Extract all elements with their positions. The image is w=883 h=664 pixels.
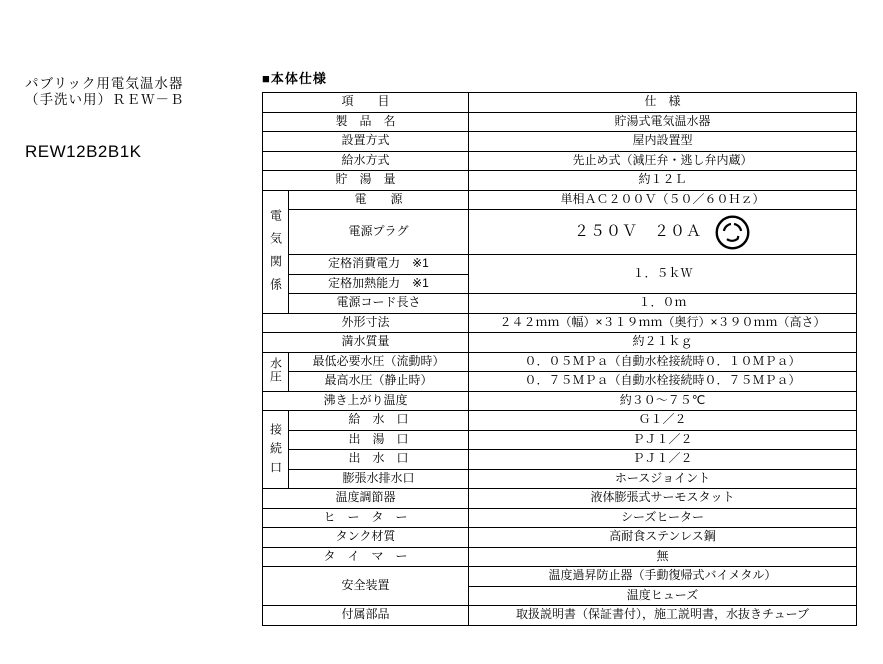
row-min-pressure: 水圧 最低必要水圧（流動時） ０．０５ＭＰａ（自動水栓接続時０．１０ＭＰａ）: [263, 352, 857, 372]
product-category-line2: （手洗い用）ＲＥＷ－Ｂ: [25, 92, 185, 108]
row-water-supply: 給水方式 先止め式（減圧弁・逃し弁内蔵）: [263, 151, 857, 171]
row-power-plug: 電源プラグ ２５０Ｖ ２０Ａ: [263, 210, 857, 255]
label-cell: 設置方式: [263, 132, 469, 152]
value-cell: ホースジョイント: [469, 469, 857, 489]
label-cell: ヒ ー タ ー: [263, 508, 469, 528]
value-cell: 先止め式（減圧弁・逃し弁内蔵）: [469, 151, 857, 171]
label-cell: 給 水 口: [289, 411, 469, 431]
row-accessories: 付属部品 取扱説明書（保証書付），施工説明書，水抜きチューブ: [263, 606, 857, 626]
label-cell: 電源コード長さ: [289, 294, 469, 314]
row-dimensions: 外形寸法 ２４２ｍｍ（幅）×３１９ｍｍ（奥行）×３９０ｍｍ（高さ）: [263, 313, 857, 333]
table-header-row: 項 目 仕 様: [263, 93, 857, 113]
value-cell: 取扱説明書（保証書付），施工説明書，水抜きチューブ: [469, 606, 857, 626]
label-cell-safety: 安全装置: [263, 567, 469, 606]
row-product-name: 製 品 名 貯湯式電気温水器: [263, 112, 857, 132]
group-label-connection: 接続口: [270, 416, 282, 480]
value-cell: ０．７５ＭＰａ（自動水栓接続時０．７５ＭＰａ）: [469, 372, 857, 392]
row-max-pressure: 最高水圧（静止時） ０．７５ＭＰａ（自動水栓接続時０．７５ＭＰａ）: [263, 372, 857, 392]
value-cell: 約３０～７５℃: [469, 391, 857, 411]
label-cell: 定格消費電力 ※1: [289, 255, 469, 275]
row-thermostat: 温度調節器 液体膨張式サーモスタット: [263, 489, 857, 509]
row-expansion-drain: 膨張水排水口 ホースジョイント: [263, 469, 857, 489]
value-cell: 高耐食ステンレス鋼: [469, 528, 857, 548]
label-cell: タンク材質: [263, 528, 469, 548]
label-cell: 電源プラグ: [289, 210, 469, 255]
row-rated-power: 定格消費電力 ※1 １．５ｋＷ: [263, 255, 857, 275]
header-spec-cell: 仕 様: [469, 93, 857, 113]
value-cell: 単相ＡＣ２００Ｖ（５０／６０Ｈｚ）: [469, 190, 857, 210]
value-cell-safety-1: 温度過昇防止器（手動復帰式バイメタル）: [469, 567, 857, 587]
product-category-line1: パブリック用電気温水器: [25, 76, 185, 92]
label-cell: 沸き上がり温度: [263, 391, 469, 411]
value-cell: ２５０Ｖ ２０Ａ: [469, 210, 857, 255]
twist-lock-plug-icon: [714, 214, 751, 251]
plug-rating-text: ２５０Ｖ ２０Ａ: [574, 223, 702, 240]
label-cell: タ イ マ ー: [263, 547, 469, 567]
label-cell: 定格加熱能力 ※1: [289, 274, 469, 294]
product-info-block: パブリック用電気温水器 （手洗い用）ＲＥＷ－Ｂ REW12B2B1K: [25, 76, 185, 162]
label-cell: 最高水圧（静止時）: [289, 372, 469, 392]
spec-section: ■本体仕様 項 目 仕 様 製 品 名 貯湯式電気温水器 設置方式 屋内設置型 …: [262, 68, 857, 626]
value-cell: ＰＪ１／２: [469, 450, 857, 470]
value-cell: 液体膨張式サーモスタット: [469, 489, 857, 509]
row-tank-capacity: 貯 湯 量 約１２Ｌ: [263, 171, 857, 191]
label-cell: 最低必要水圧（流動時）: [289, 352, 469, 372]
value-cell: 無: [469, 547, 857, 567]
value-cell: 約１２Ｌ: [469, 171, 857, 191]
label-cell: 付属部品: [263, 606, 469, 626]
value-cell: 約２１ｋｇ: [469, 333, 857, 353]
row-tank-material: タンク材質 高耐食ステンレス鋼: [263, 528, 857, 548]
label-cell: 製 品 名: [263, 112, 469, 132]
label-cell: 電 源: [289, 190, 469, 210]
label-cell: 温度調節器: [263, 489, 469, 509]
group-cell-pressure: 水圧: [263, 352, 289, 391]
spec-table-title: ■本体仕様: [262, 68, 857, 87]
label-cell: 満水質量: [263, 333, 469, 353]
group-cell-connection: 接続口: [263, 411, 289, 489]
row-full-weight: 満水質量 約２１ｋｇ: [263, 333, 857, 353]
value-cell: ０．０５ＭＰａ（自動水栓接続時０．１０ＭＰａ）: [469, 352, 857, 372]
row-installation: 設置方式 屋内設置型: [263, 132, 857, 152]
value-cell-safety-2: 温度ヒューズ: [469, 586, 857, 606]
value-cell-rated: １．５ｋＷ: [469, 255, 857, 294]
group-label-pressure: 水圧: [270, 356, 282, 383]
row-safety-device-1: 安全装置 温度過昇防止器（手動復帰式バイメタル）: [263, 567, 857, 587]
row-boiling-temp: 沸き上がり温度 約３０～７５℃: [263, 391, 857, 411]
group-label-electric: 電気関係: [270, 198, 282, 301]
group-cell-electric: 電気関係: [263, 190, 289, 313]
value-cell: シーズヒーター: [469, 508, 857, 528]
row-cord-length: 電源コード長さ １．０ｍ: [263, 294, 857, 314]
row-heater: ヒ ー タ ー シーズヒーター: [263, 508, 857, 528]
value-cell: 屋内設置型: [469, 132, 857, 152]
label-cell: 膨張水排水口: [289, 469, 469, 489]
label-cell: 貯 湯 量: [263, 171, 469, 191]
value-cell: 貯湯式電気温水器: [469, 112, 857, 132]
spec-table: 項 目 仕 様 製 品 名 貯湯式電気温水器 設置方式 屋内設置型 給水方式 先…: [262, 92, 857, 626]
value-cell: ＰＪ１／２: [469, 430, 857, 450]
header-item-cell: 項 目: [263, 93, 469, 113]
row-water-inlet: 接続口 給 水 口 Ｇ１／２: [263, 411, 857, 431]
row-timer: タ イ マ ー 無: [263, 547, 857, 567]
row-water-outlet: 出 水 口 ＰＪ１／２: [263, 450, 857, 470]
label-cell: 外形寸法: [263, 313, 469, 333]
value-cell: １．０ｍ: [469, 294, 857, 314]
label-cell: 出 湯 口: [289, 430, 469, 450]
row-hot-outlet: 出 湯 口 ＰＪ１／２: [263, 430, 857, 450]
value-cell: ２４２ｍｍ（幅）×３１９ｍｍ（奥行）×３９０ｍｍ（高さ）: [469, 313, 857, 333]
label-cell: 給水方式: [263, 151, 469, 171]
value-cell: Ｇ１／２: [469, 411, 857, 431]
model-number: REW12B2B1K: [25, 142, 185, 162]
label-cell: 出 水 口: [289, 450, 469, 470]
row-power-source: 電気関係 電 源 単相ＡＣ２００Ｖ（５０／６０Ｈｚ）: [263, 190, 857, 210]
